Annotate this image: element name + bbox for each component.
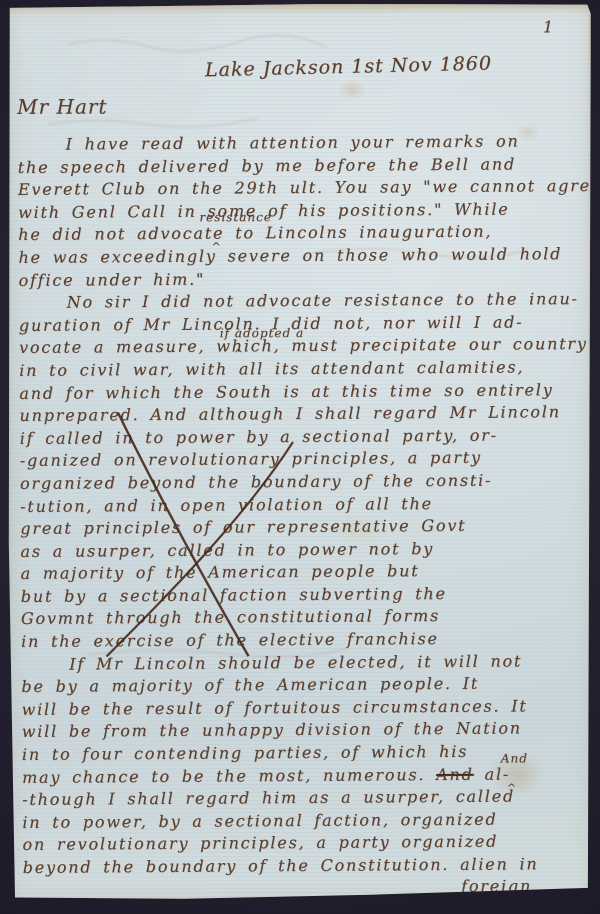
salutation: Mr Hart bbox=[17, 95, 107, 119]
manuscript-lines: I have read with attention your remarks … bbox=[18, 130, 585, 879]
manuscript-line: will be from the unhappy division of the… bbox=[22, 717, 584, 744]
line-fragment: may chance to be the most, numerous. bbox=[22, 765, 436, 787]
caret-mark: ^ bbox=[234, 347, 243, 360]
catchword: foreign bbox=[21, 874, 600, 899]
manuscript-line: in to civil war, with all its attendant … bbox=[19, 356, 581, 383]
caret-mark: ^ bbox=[507, 781, 516, 794]
manuscript-line: I have read with attention your remarks … bbox=[18, 130, 580, 157]
dateline: Lake Jackson 1st Nov 1860 bbox=[205, 52, 492, 81]
letter-paper: 1 Lake Jackson 1st Nov 1860 Mr Hart I ha… bbox=[7, 3, 593, 904]
manuscript-line: if called in to power by a sectional par… bbox=[20, 424, 582, 451]
caret-mark: ^ bbox=[211, 240, 220, 253]
stain bbox=[337, 80, 367, 100]
manuscript-line: with Genl Call in some of his positions.… bbox=[18, 198, 580, 225]
paper-edge-discoloration bbox=[7, 3, 591, 15]
insertion-and: And bbox=[501, 751, 528, 765]
scanned-letter-photo: 1 Lake Jackson 1st Nov 1860 Mr Hart I ha… bbox=[0, 0, 600, 914]
insertion-if-adopted: if adopted a bbox=[220, 326, 304, 340]
page-number: 1 bbox=[543, 17, 553, 36]
insertion-resistance: resistance bbox=[199, 210, 272, 224]
manuscript-line: If Mr Lincoln should be elected, it will… bbox=[21, 650, 583, 677]
manuscript-line: he was exceedingly severe on those who w… bbox=[18, 243, 580, 270]
line-fragment: al- bbox=[474, 764, 510, 783]
struck-word: And bbox=[436, 764, 474, 783]
manuscript-line: -though I shall regard him as a usurper,… bbox=[22, 785, 584, 812]
